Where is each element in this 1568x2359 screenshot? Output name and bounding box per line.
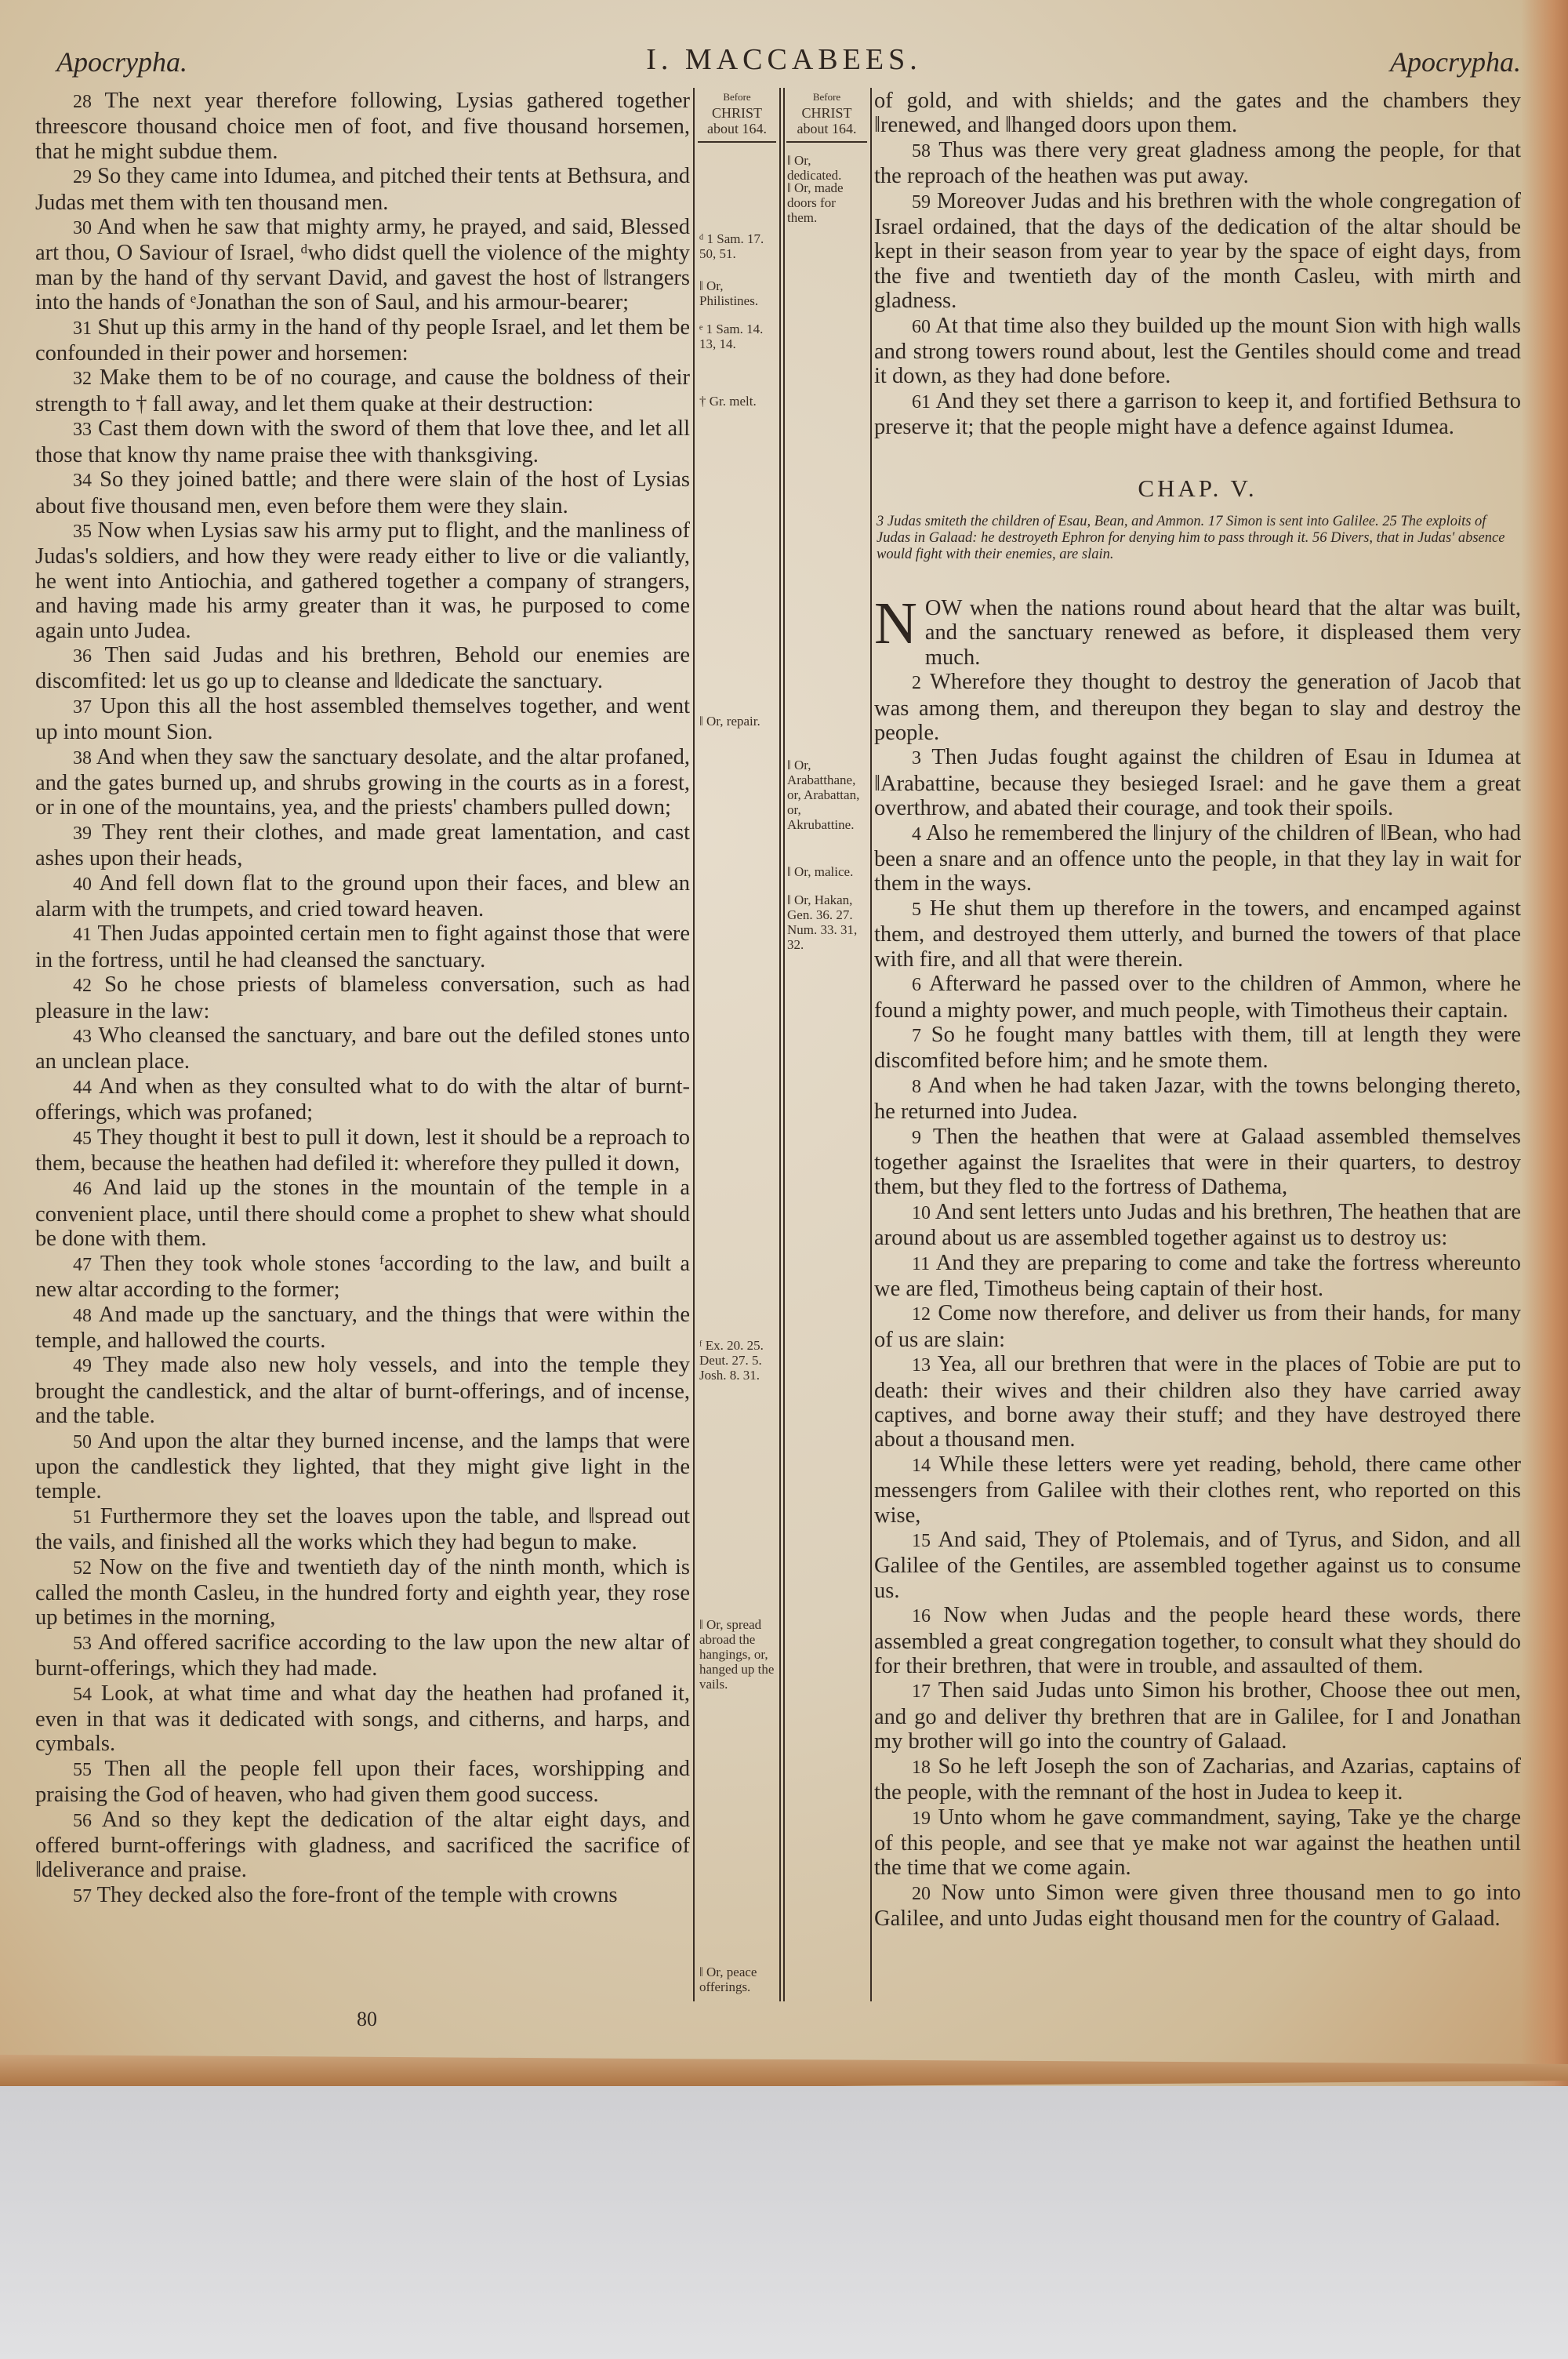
verse-number: 13	[912, 1355, 931, 1376]
verse: 41 Then Judas appointed certain men to f…	[35, 921, 690, 972]
verse: 14 While these letters were yet reading,…	[874, 1452, 1521, 1528]
verse-text: Cast them down with the sword of them th…	[35, 416, 690, 467]
verse-number: 39	[73, 823, 92, 844]
verse-number: 44	[73, 1078, 92, 1098]
verse: 3 Then Judas fought against the children…	[874, 745, 1521, 820]
verse: 56 And so they kept the dedication of th…	[35, 1808, 690, 1883]
verse: 4 Also he remembered the ‖injury of the …	[874, 821, 1521, 896]
verse-text: Make them to be of no courage, and cause…	[35, 365, 690, 416]
verse-text: Unto whom he gave commandment, saying, T…	[874, 1805, 1521, 1881]
verse-text: So he left Joseph the son of Zacharias, …	[874, 1754, 1521, 1805]
verse-number: 48	[73, 1306, 92, 1326]
verse-number: 12	[912, 1304, 931, 1325]
verse-list: 2 Wherefore they thought to destroy the …	[874, 670, 1521, 1931]
verse: 19 Unto whom he gave commandment, saying…	[874, 1805, 1521, 1881]
verse-number: 32	[73, 369, 92, 389]
verse: 18 So he left Joseph the son of Zacharia…	[874, 1754, 1521, 1805]
verse-number: 4	[912, 824, 921, 845]
verse-text: Look, at what time and what day the heat…	[35, 1681, 690, 1757]
margin-christ-label: CHRIST	[786, 105, 867, 121]
verse: 32 Make them to be of no courage, and ca…	[35, 365, 690, 416]
verse-number: 5	[912, 900, 921, 920]
verse-text: of gold, and with shields; and the gates…	[874, 89, 1521, 137]
verse: 45 They thought it best to pull it down,…	[35, 1125, 690, 1176]
verse-text: Then Judas appointed certain men to figh…	[35, 921, 690, 972]
verse-text: While these letters were yet reading, be…	[874, 1452, 1521, 1528]
verse-number: 54	[73, 1685, 92, 1705]
margin-note: ‖ Or, repair.	[699, 714, 776, 729]
verse: 13 Yea, all our brethren that were in th…	[874, 1352, 1521, 1452]
verse: 2 Wherefore they thought to destroy the …	[874, 670, 1521, 745]
margin-note: ᶠ Ex. 20. 25. Deut. 27. 5. Josh. 8. 31.	[699, 1338, 776, 1383]
verse-number: 53	[73, 1634, 92, 1654]
verse-number: 52	[73, 1558, 92, 1579]
verse-text: And they are preparing to come and take …	[874, 1251, 1521, 1301]
verse-text: They rent their clothes, and made great …	[35, 820, 690, 871]
margin-about-label: about 164.	[786, 121, 867, 136]
verse: 54 Look, at what time and what day the h…	[35, 1681, 690, 1757]
verse: of gold, and with shields; and the gates…	[874, 89, 1521, 138]
verse-text: Yea, all our brethren that were in the p…	[874, 1352, 1521, 1452]
chapter-first-verse: NOW when the nations round about heard t…	[874, 596, 1521, 670]
right-text-column-bottom: NOW when the nations round about heard t…	[874, 596, 1521, 1932]
verse-text: And made up the sanctuary, and the thing…	[35, 1303, 690, 1353]
verse-number: 18	[912, 1757, 931, 1778]
column-rule	[870, 88, 872, 2001]
verse-number: 28	[73, 92, 92, 112]
verse: 9 Then the heathen that were at Galaad a…	[874, 1125, 1521, 1200]
verse-number: 50	[73, 1432, 92, 1452]
right-text-column-top: of gold, and with shields; and the gates…	[874, 89, 1521, 440]
verse-number: 33	[73, 420, 92, 440]
verse-text: And when they saw the sanctuary desolate…	[35, 745, 690, 820]
verse: 53 And offered sacrifice according to th…	[35, 1630, 690, 1681]
margin-note: ‖ Or, malice.	[787, 864, 866, 879]
verse-number: 6	[912, 975, 921, 995]
verse: 43 Who cleansed the sanctuary, and bare …	[35, 1023, 690, 1074]
book-page: Apocrypha. I. MACCABEES. Apocrypha. Befo…	[0, 0, 1568, 2086]
verse-number: 35	[73, 522, 92, 542]
verse-number: 37	[73, 697, 92, 718]
page-edge-right	[1521, 0, 1568, 2086]
margin-date-header-outer: Before CHRIST about 164.	[786, 89, 867, 143]
verse: 15 And said, They of Ptolemais, and of T…	[874, 1528, 1521, 1603]
margin-note: ᵉ 1 Sam. 14. 13, 14.	[699, 322, 776, 351]
verse-text: And they set there a garrison to keep it…	[874, 389, 1521, 439]
verse-number: 41	[73, 925, 92, 945]
book-title: I. MACCABEES.	[0, 42, 1568, 77]
verse-text: Upon this all the host assembled themsel…	[35, 694, 690, 744]
verse-text: And when he saw that mighty army, he pra…	[35, 215, 690, 314]
verse-text: Now when Judas and the people heard thes…	[874, 1603, 1521, 1678]
verse: 40 And fell down flat to the ground upon…	[35, 871, 690, 922]
verse-text: And upon the altar they burned incense, …	[35, 1429, 690, 1504]
verse: 44 And when as they consulted what to do…	[35, 1074, 690, 1125]
verse-text: Then said Judas and his brethren, Behold…	[35, 643, 690, 693]
verse-number: 55	[73, 1760, 92, 1780]
verse-number: 11	[912, 1254, 930, 1274]
verse-text: The next year therefore following, Lysia…	[35, 89, 690, 164]
verse-text: Furthermore they set the loaves upon the…	[35, 1504, 690, 1554]
verse-number: 29	[73, 167, 92, 187]
verse-number: 61	[912, 392, 931, 413]
chapter-heading: CHAP. V.	[874, 474, 1521, 503]
verse-text: He shut them up therefore in the towers,…	[874, 896, 1521, 972]
verse: 17 Then said Judas unto Simon his brothe…	[874, 1678, 1521, 1754]
verse-text: They made also new holy vessels, and int…	[35, 1353, 690, 1428]
verse-number: 40	[73, 874, 92, 895]
verse-text: Who cleansed the sanctuary, and bare out…	[35, 1023, 690, 1074]
margin-before-label: Before	[698, 89, 776, 105]
verse-text: Thus was there very great gladness among…	[874, 138, 1521, 188]
verse-text: They decked also the fore-front of the t…	[92, 1883, 618, 1907]
verse: 46 And laid up the stones in the mountai…	[35, 1176, 690, 1251]
verse-number: 3	[912, 748, 921, 769]
verse-text: And when he had taken Jazar, with the to…	[874, 1074, 1521, 1124]
verse-text: So he chose priests of blameless convers…	[35, 972, 690, 1023]
margin-note: ‖ Or, dedicated.	[787, 153, 866, 183]
verse-text: Also he remembered the ‖injury of the ch…	[874, 821, 1521, 896]
verse-number: 46	[73, 1179, 92, 1199]
margin-note: ᵈ 1 Sam. 17. 50, 51.	[699, 231, 776, 261]
margin-christ-label: CHRIST	[698, 105, 776, 121]
verse-number: 43	[73, 1027, 92, 1047]
verse-number: 42	[73, 976, 92, 996]
verse: 36 Then said Judas and his brethren, Beh…	[35, 643, 690, 694]
verse-text: So he fought many battles with them, til…	[874, 1023, 1521, 1073]
verse-number: 17	[912, 1681, 931, 1702]
background-surface	[0, 2086, 1568, 2359]
verse-text: Now when Lysias saw his army put to flig…	[35, 518, 690, 643]
verse: 31 Shut up this army in the hand of thy …	[35, 315, 690, 366]
verse: 6 Afterward he passed over to the childr…	[874, 972, 1521, 1023]
verse-text: So they joined battle; and there were sl…	[35, 467, 690, 518]
verse-text: And so they kept the dedication of the a…	[35, 1808, 690, 1883]
verse: 47 Then they took whole stones ᶠaccordin…	[35, 1252, 690, 1303]
verse-number: 34	[73, 471, 92, 491]
margin-note: ‖ Or, spread abroad the hangings, or, ha…	[699, 1617, 776, 1692]
verse-number: 47	[73, 1255, 92, 1275]
verse-number: 57	[73, 1886, 92, 1906]
verse-number: 51	[73, 1507, 92, 1528]
verse-number: 8	[912, 1077, 921, 1097]
page-number: 80	[357, 2008, 377, 2031]
margin-note: ‖ Or, Arabatthane, or, Arabattan, or, Ak…	[787, 758, 866, 832]
verse: 60 At that time also they builded up the…	[874, 314, 1521, 389]
running-head-right: Apocrypha.	[1390, 45, 1521, 78]
verse-number: 36	[73, 646, 92, 667]
verse-text: Then the heathen that were at Galaad ass…	[874, 1125, 1521, 1200]
verse: 11 And they are preparing to come and ta…	[874, 1251, 1521, 1302]
verse-number: 14	[912, 1456, 931, 1476]
verse-text: Shut up this army in the hand of thy peo…	[35, 315, 690, 365]
verse-text: Then said Judas unto Simon his brother, …	[874, 1678, 1521, 1754]
verse-number: 10	[912, 1203, 931, 1223]
verse-number: 60	[912, 317, 931, 337]
verse-text: Then they took whole stones ᶠaccording t…	[35, 1252, 690, 1302]
verse: 38 And when they saw the sanctuary desol…	[35, 745, 690, 820]
verse: 33 Cast them down with the sword of them…	[35, 416, 690, 467]
verse-text: Then all the people fell upon their face…	[35, 1757, 690, 1807]
drop-cap: N	[874, 599, 917, 648]
verse-text: OW when the nations round about heard th…	[925, 596, 1521, 670]
margin-date-header-inner: Before CHRIST about 164.	[698, 89, 776, 143]
verse: 35 Now when Lysias saw his army put to f…	[35, 518, 690, 643]
verse-number: 7	[912, 1026, 921, 1046]
verse-text: And laid up the stones in the mountain o…	[35, 1176, 690, 1251]
verse: 58 Thus was there very great gladness am…	[874, 138, 1521, 189]
verse-text: Now unto Simon were given three thousand…	[874, 1881, 1521, 1931]
verse-text: And fell down flat to the ground upon th…	[35, 871, 690, 921]
verse: 8 And when he had taken Jazar, with the …	[874, 1074, 1521, 1125]
verse: 12 Come now therefore, and deliver us fr…	[874, 1301, 1521, 1352]
margin-note: † Gr. melt.	[699, 394, 776, 409]
verse-text: Then Judas fought against the children o…	[874, 745, 1521, 820]
left-text-column: 28 The next year therefore following, Ly…	[35, 89, 690, 1909]
chapter-summary: 3 Judas smiteth the children of Esau, Be…	[877, 514, 1519, 563]
column-rule	[693, 88, 695, 2001]
verse: 49 They made also new holy vessels, and …	[35, 1353, 690, 1428]
verse: 10 And sent letters unto Judas and his b…	[874, 1200, 1521, 1251]
verse-number: 19	[912, 1808, 931, 1829]
verse-number: 58	[912, 141, 931, 162]
verse: 61 And they set there a garrison to keep…	[874, 389, 1521, 440]
margin-before-label: Before	[786, 89, 867, 105]
verse: 48 And made up the sanctuary, and the th…	[35, 1303, 690, 1354]
verse-number: 31	[73, 318, 92, 339]
verse: 52 Now on the five and twentieth day of …	[35, 1555, 690, 1630]
verse-number: 49	[73, 1356, 92, 1376]
verse-text: And when as they consulted what to do wi…	[35, 1074, 690, 1125]
verse: 28 The next year therefore following, Ly…	[35, 89, 690, 164]
verse-number: 2	[912, 673, 921, 693]
verse-number: 15	[912, 1531, 931, 1551]
verse-text: Come now therefore, and deliver us from …	[874, 1301, 1521, 1351]
verse-number: 38	[73, 748, 92, 769]
verse-text: Moreover Judas and his brethren with the…	[874, 189, 1521, 314]
verse: 29 So they came into Idumea, and pitched…	[35, 164, 690, 215]
verse-number: 20	[912, 1884, 931, 1904]
verse: 55 Then all the people fell upon their f…	[35, 1757, 690, 1808]
verse-number: 9	[912, 1128, 921, 1148]
verse-text: Afterward he passed over to the children…	[874, 972, 1521, 1022]
verse-number: 56	[73, 1811, 92, 1831]
verse: 42 So he chose priests of blameless conv…	[35, 972, 690, 1023]
margin-note: ‖ Or, Hakan, Gen. 36. 27. Num. 33. 31, 3…	[787, 892, 866, 952]
verse: 34 So they joined battle; and there were…	[35, 467, 690, 518]
verse: 37 Upon this all the host assembled them…	[35, 694, 690, 745]
verse: 7 So he fought many battles with them, t…	[874, 1023, 1521, 1074]
column-rule	[779, 88, 781, 2001]
verse-number: 59	[912, 192, 931, 213]
verse: 20 Now unto Simon were given three thous…	[874, 1881, 1521, 1932]
margin-note: ‖ Or, Philistines.	[699, 278, 776, 308]
verse: 39 They rent their clothes, and made gre…	[35, 820, 690, 871]
verse-text: Wherefore they thought to destroy the ge…	[874, 670, 1521, 745]
margin-note: ‖ Or, made doors for them.	[787, 180, 866, 225]
verse-number: 45	[73, 1129, 92, 1149]
verse: 59 Moreover Judas and his brethren with …	[874, 189, 1521, 314]
verse: 5 He shut them up therefore in the tower…	[874, 896, 1521, 972]
verse-text: They thought it best to pull it down, le…	[35, 1125, 690, 1176]
verse: 57 They decked also the fore-front of th…	[35, 1883, 690, 1909]
verse-text: At that time also they builded up the mo…	[874, 314, 1521, 389]
column-rule	[783, 88, 785, 2001]
verse-number: 30	[73, 218, 92, 238]
verse-number: 16	[912, 1606, 931, 1627]
verse: 51 Furthermore they set the loaves upon …	[35, 1504, 690, 1555]
verse-text: And said, They of Ptolemais, and of Tyru…	[874, 1528, 1521, 1603]
verse: 50 And upon the altar they burned incens…	[35, 1429, 690, 1504]
verse-text: And offered sacrifice according to the l…	[35, 1630, 690, 1681]
verse-text: Now on the five and twentieth day of the…	[35, 1555, 690, 1630]
verse-text: And sent letters unto Judas and his bret…	[874, 1200, 1521, 1250]
verse: 16 Now when Judas and the people heard t…	[874, 1603, 1521, 1678]
verse-text: So they came into Idumea, and pitched th…	[35, 164, 690, 214]
margin-note: ‖ Or, peace offerings.	[699, 1965, 776, 1994]
verse: 30 And when he saw that mighty army, he …	[35, 215, 690, 315]
margin-about-label: about 164.	[698, 121, 776, 136]
